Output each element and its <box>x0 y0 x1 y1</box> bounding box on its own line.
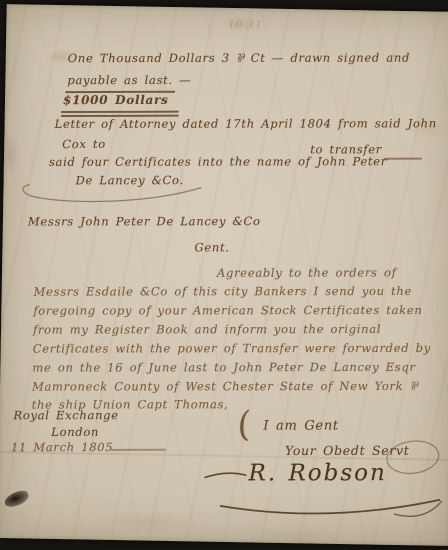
body-line: foregoing copy of your American Stock Ce… <box>33 303 422 318</box>
signature-underline-flourish <box>220 496 440 516</box>
pen-flourish-swoosh <box>23 184 202 203</box>
memo-line-2: payable as last. — <box>67 73 191 87</box>
signature: R. Robson <box>249 460 387 486</box>
memo-amount: $1000 Dollars <box>63 93 168 107</box>
body-line: me on the 16 of June last to John Peter … <box>32 360 415 375</box>
salutation: Gent. <box>194 240 229 254</box>
ink-blot-stain <box>3 488 31 509</box>
faint-top-marks: 10 11 <box>228 20 262 31</box>
address-line: Messrs John Peter De Lancey &Co <box>28 214 261 228</box>
body-line: Messrs Esdaile &Co of this city Bankers … <box>34 284 412 299</box>
body-line: from my Register Book and inform you the… <box>33 322 381 337</box>
dash-stroke <box>384 158 422 160</box>
attorney-line-2: Cox to <box>62 137 106 151</box>
dateline-place: Royal Exchange <box>14 408 119 422</box>
double-underline-top <box>61 111 179 113</box>
body-line: Mamroneck County of West Chester State o… <box>32 379 418 395</box>
pen-flourish-paren: ( <box>234 404 254 446</box>
dateline-date: 11 March 1805 <box>11 440 113 454</box>
memo-line-1: One Thousand Dollars 3 ⅌ Ct — drawn sign… <box>68 51 410 67</box>
letter-paper: 10 11 One Thousand Dollars 3 ⅌ Ct — draw… <box>0 4 448 546</box>
attorney-line-4: De Lancey &Co. <box>76 173 184 187</box>
body-line: Certificates with the power of Transfer … <box>33 341 431 356</box>
body-opening: Agreeably to the orders of <box>217 265 397 279</box>
attorney-line-3: said four Certificates into the name of … <box>49 154 387 169</box>
attorney-line-1: Letter of Attorney dated 17th April 1804… <box>55 116 437 131</box>
closing-line-2: Your Obedt Servt <box>285 443 410 458</box>
signature-lead-stroke <box>204 473 246 479</box>
dash-stroke <box>111 449 166 451</box>
signature-underline-tail <box>394 500 442 517</box>
dateline-city: London <box>51 425 99 439</box>
photo-background: 10 11 One Thousand Dollars 3 ⅌ Ct — draw… <box>0 0 448 550</box>
closing-line-1: I am Gent <box>263 419 338 434</box>
